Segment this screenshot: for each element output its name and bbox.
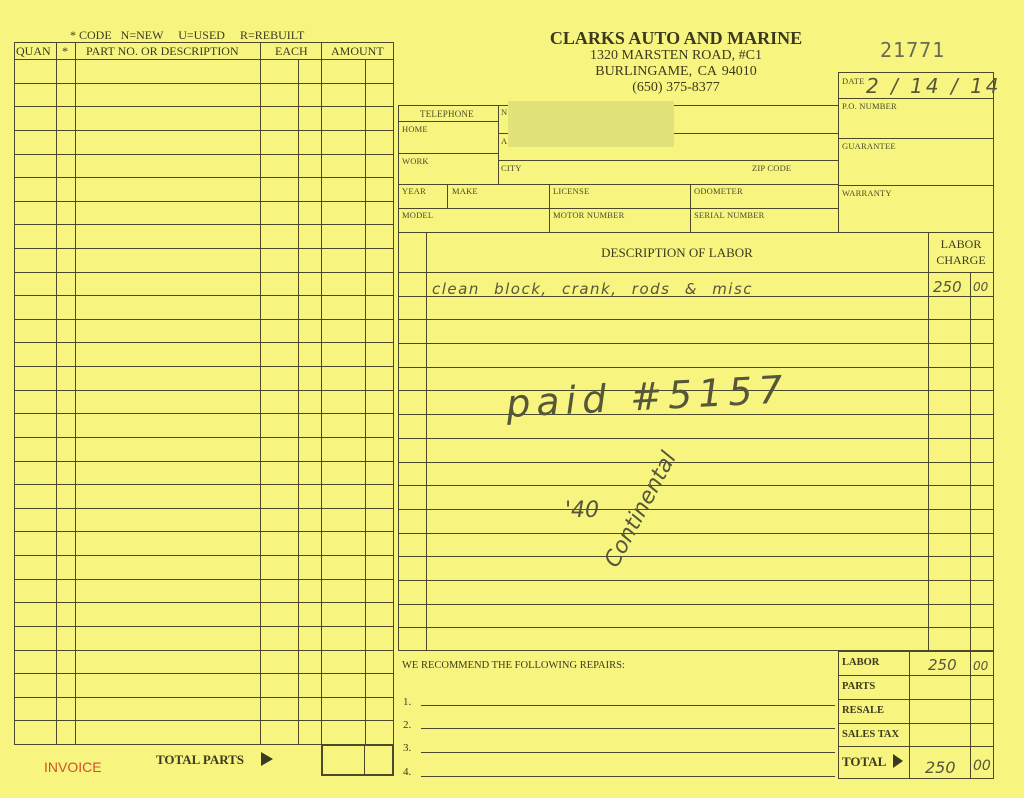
parts-row[interactable] <box>14 295 394 319</box>
telephone-label: TELEPHONE <box>420 109 474 119</box>
totals-parts-label: PARTS <box>842 681 875 692</box>
redacted-customer-info <box>508 101 674 147</box>
totals-labor-dollars[interactable]: 250 <box>928 656 957 674</box>
code-legend: * CODE N=NEW U=USED R=REBUILT <box>70 28 304 43</box>
parts-row[interactable] <box>14 224 394 248</box>
labor-line[interactable] <box>398 438 994 439</box>
recommend-number: 2. <box>403 719 411 731</box>
recommend-line <box>421 776 835 777</box>
recommend-line <box>421 728 835 729</box>
labor-line[interactable] <box>398 627 994 628</box>
company-phone: (650) 375-8377 <box>540 80 812 96</box>
totals-labor-cents[interactable]: 00 <box>973 659 988 673</box>
date-divider <box>838 98 994 99</box>
parts-row[interactable] <box>14 366 394 390</box>
total-parts-divider <box>364 744 365 776</box>
guarantee-divider <box>838 185 994 186</box>
company-address: 1320 MARSTEN ROAD, #C1 <box>540 48 812 64</box>
labor-entry-dollars[interactable]: 250 <box>933 278 962 296</box>
parts-row[interactable] <box>14 484 394 508</box>
parts-row[interactable] <box>14 650 394 674</box>
guarantee-label: GUARANTEE <box>842 141 896 151</box>
po-divider <box>838 138 994 139</box>
arrow-right-icon <box>893 754 903 768</box>
totals-row-divider <box>838 699 994 700</box>
parts-row[interactable] <box>14 248 394 272</box>
total-parts-box[interactable] <box>321 744 394 776</box>
col-header-amount: AMOUNT <box>331 44 384 59</box>
recommend-number: 4. <box>403 766 411 778</box>
labor-entry-cents[interactable]: 00 <box>973 280 988 294</box>
parts-row[interactable] <box>14 106 394 130</box>
totals-total-cents[interactable]: 00 <box>973 758 991 774</box>
parts-row[interactable] <box>14 697 394 721</box>
parts-row[interactable] <box>14 602 394 626</box>
year-label: YEAR <box>402 186 426 196</box>
labor-line[interactable] <box>398 533 994 534</box>
date-value[interactable]: 2 / 14 / 14 <box>866 74 1002 98</box>
col-header-each: EACH <box>275 44 308 59</box>
parts-row[interactable] <box>14 342 394 366</box>
parts-row[interactable] <box>14 461 394 485</box>
recommend-line <box>421 705 835 706</box>
parts-row[interactable] <box>14 531 394 555</box>
parts-row[interactable] <box>14 673 394 697</box>
tel-divider <box>398 121 498 122</box>
labor-charge-header-1: LABOR <box>928 237 994 252</box>
totals-row-divider <box>838 746 994 747</box>
motor-number-label: MOTOR NUMBER <box>553 210 624 220</box>
odometer-label: ODOMETER <box>694 186 743 196</box>
labor-charge-header-2: CHARGE <box>928 253 994 268</box>
home-label: HOME <box>402 124 428 134</box>
labor-line[interactable] <box>398 367 994 368</box>
labor-line[interactable] <box>398 272 994 273</box>
model-label: MODEL <box>402 210 433 220</box>
parts-row[interactable] <box>14 720 394 744</box>
po-number-label: P.O. NUMBER <box>842 101 897 111</box>
city-label: CITY <box>501 163 522 173</box>
make-label: MAKE <box>452 186 478 196</box>
company-name: CLARKS AUTO AND MARINE <box>540 28 812 49</box>
parts-row[interactable] <box>14 177 394 201</box>
arrow-right-icon <box>261 752 273 766</box>
totals-total-label: TOTAL <box>842 754 886 770</box>
labor-line[interactable] <box>398 604 994 605</box>
serial-number-label: SERIAL NUMBER <box>694 210 765 220</box>
home-divider <box>398 153 498 154</box>
col-header-quan: QUAN <box>16 44 51 59</box>
labor-line[interactable] <box>398 580 994 581</box>
parts-row[interactable] <box>14 508 394 532</box>
company-city: BURLINGAME, CA 94010 <box>540 64 812 80</box>
parts-row[interactable] <box>14 437 394 461</box>
note-year: '40 <box>565 498 599 523</box>
date-label: DATE <box>842 76 865 86</box>
vehicle-divider <box>398 184 838 185</box>
parts-row[interactable] <box>14 390 394 414</box>
labor-entry-description[interactable]: clean block, crank, rods & misc <box>432 280 753 298</box>
labor-line[interactable] <box>398 556 994 557</box>
totals-labor-label: LABOR <box>842 657 879 668</box>
parts-row[interactable] <box>14 59 394 83</box>
parts-row[interactable] <box>14 555 394 579</box>
model-divider <box>398 208 838 209</box>
parts-row[interactable] <box>14 579 394 603</box>
parts-row[interactable] <box>14 626 394 650</box>
address-label: A <box>501 136 507 146</box>
parts-row[interactable] <box>14 83 394 107</box>
warranty-label: WARRANTY <box>842 188 892 198</box>
name-label: N <box>501 107 507 117</box>
invoice-number: 21771 <box>880 38 945 62</box>
parts-row[interactable] <box>14 154 394 178</box>
col-header-description: PART NO. OR DESCRIPTION <box>86 44 239 59</box>
invoice-label: INVOICE <box>44 759 102 775</box>
recommend-number: 3. <box>403 742 411 754</box>
labor-line[interactable] <box>398 343 994 344</box>
address-divider <box>498 160 838 161</box>
recommend-line <box>421 752 835 753</box>
parts-row[interactable] <box>14 201 394 225</box>
totals-row-divider <box>838 723 994 724</box>
totals-total-dollars[interactable]: 250 <box>925 758 956 777</box>
col-header-code: * <box>62 44 68 59</box>
work-label: WORK <box>402 156 429 166</box>
year-divider <box>447 184 448 209</box>
labor-line[interactable] <box>398 485 994 486</box>
totals-row-divider <box>838 675 994 676</box>
totals-resale-label: RESALE <box>842 705 884 716</box>
recommend-number: 1. <box>403 696 411 708</box>
parts-row[interactable] <box>14 130 394 154</box>
totals-cents-divider <box>970 651 971 779</box>
license-label: LICENSE <box>553 186 589 196</box>
parts-row[interactable] <box>14 319 394 343</box>
labor-header: DESCRIPTION OF LABOR <box>426 245 928 261</box>
parts-row[interactable] <box>14 413 394 437</box>
labor-line[interactable] <box>398 509 994 510</box>
labor-line[interactable] <box>398 462 994 463</box>
labor-line[interactable] <box>398 319 994 320</box>
zip-label: ZIP CODE <box>752 163 791 173</box>
parts-row[interactable] <box>14 272 394 296</box>
tel-col-divider <box>498 105 499 184</box>
total-parts-label: TOTAL PARTS <box>156 752 244 768</box>
recommend-title: WE RECOMMEND THE FOLLOWING REPAIRS: <box>402 660 625 671</box>
totals-label-divider <box>909 651 910 779</box>
totals-sales-tax-label: SALES TAX <box>842 729 899 740</box>
